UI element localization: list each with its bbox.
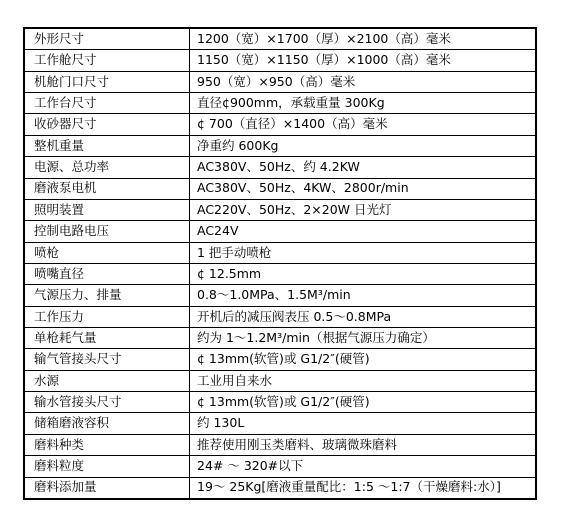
spec-label: 喷枪	[25, 243, 190, 263]
spec-value: 约 130L	[190, 413, 535, 433]
spec-value: 开机后的减压阀表压 0.5～0.8MPa	[190, 307, 535, 327]
table-row: 整机重量 净重约 600Kg	[25, 136, 535, 157]
spec-label: 工作台尺寸	[25, 93, 190, 113]
spec-label: 控制电路电压	[25, 221, 190, 241]
table-row: 单枪耗气量 约为 1～1.2M³/min（根据气源压力确定）	[25, 328, 535, 349]
spec-value: ¢ 13mm(软管)或 G1/2″(硬管)	[190, 349, 535, 369]
spec-label: 输气管接头尺寸	[25, 349, 190, 369]
table-row: 气源压力、排量 0.8～1.0MPa、1.5M³/min	[25, 285, 535, 306]
spec-label: 磨液泵电机	[25, 179, 190, 199]
spec-table: 外形尺寸 1200（宽）×1700（厚）×2100（高）毫米 工作舱尺寸 115…	[23, 27, 537, 500]
spec-label: 工作舱尺寸	[25, 50, 190, 70]
table-row: 磨料种类 推荐使用刚玉类磨料、玻璃微珠磨料	[25, 435, 535, 456]
spec-value: AC380V、50Hz、4KW、2800r/min	[190, 179, 535, 199]
table-row: 水源 工业用自来水	[25, 371, 535, 392]
spec-value: 净重约 600Kg	[190, 136, 535, 156]
spec-label: 电源、总功率	[25, 157, 190, 177]
spec-value: 0.8～1.0MPa、1.5M³/min	[190, 285, 535, 305]
spec-value: ¢ 12.5mm	[190, 264, 535, 284]
spec-label: 气源压力、排量	[25, 285, 190, 305]
spec-value: 推荐使用刚玉类磨料、玻璃微珠磨料	[190, 435, 535, 455]
spec-label: 照明装置	[25, 200, 190, 220]
spec-value: 工业用自来水	[190, 371, 535, 391]
spec-value: 1200（宽）×1700（厚）×2100（高）毫米	[190, 29, 535, 49]
spec-value: 约为 1～1.2M³/min（根据气源压力确定）	[190, 328, 535, 348]
spec-value: 直径¢900mm，承载重量 300Kg	[190, 93, 535, 113]
spec-label: 收砂器尺寸	[25, 114, 190, 134]
table-row: 储箱磨液容积 约 130L	[25, 413, 535, 434]
table-row: 外形尺寸 1200（宽）×1700（厚）×2100（高）毫米	[25, 29, 535, 50]
table-row: 磨液泵电机 AC380V、50Hz、4KW、2800r/min	[25, 179, 535, 200]
spec-label: 磨料添加量	[25, 478, 190, 498]
spec-label: 工作压力	[25, 307, 190, 327]
spec-label: 输水管接头尺寸	[25, 392, 190, 412]
table-row: 输气管接头尺寸 ¢ 13mm(软管)或 G1/2″(硬管)	[25, 349, 535, 370]
table-row: 磨料添加量 19～ 25Kg[磨液重量配比：1:5 ～1:7（干燥磨料:水）]	[25, 478, 535, 498]
spec-value: ¢ 13mm(软管)或 G1/2″(硬管)	[190, 392, 535, 412]
table-row: 喷枪 1 把手动喷枪	[25, 243, 535, 264]
spec-value: AC24V	[190, 221, 535, 241]
spec-value: 1 把手动喷枪	[190, 243, 535, 263]
table-row: 输水管接头尺寸 ¢ 13mm(软管)或 G1/2″(硬管)	[25, 392, 535, 413]
spec-value: 950（宽）×950（高）毫米	[190, 72, 535, 92]
table-row: 磨料粒度 24# ～ 320#以下	[25, 456, 535, 477]
spec-label: 单枪耗气量	[25, 328, 190, 348]
spec-value: ¢ 700（直径）×1400（高）毫米	[190, 114, 535, 134]
spec-label: 机舱门口尺寸	[25, 72, 190, 92]
spec-value: 19～ 25Kg[磨液重量配比：1:5 ～1:7（干燥磨料:水）]	[190, 478, 535, 498]
table-row: 喷嘴直径 ¢ 12.5mm	[25, 264, 535, 285]
table-row: 工作台尺寸 直径¢900mm，承载重量 300Kg	[25, 93, 535, 114]
table-row: 工作舱尺寸 1150（宽）×1150（厚）×1000（高）毫米	[25, 50, 535, 71]
table-row: 机舱门口尺寸 950（宽）×950（高）毫米	[25, 72, 535, 93]
spec-label: 喷嘴直径	[25, 264, 190, 284]
spec-label: 磨料粒度	[25, 456, 190, 476]
table-row: 收砂器尺寸 ¢ 700（直径）×1400（高）毫米	[25, 114, 535, 135]
spec-label: 整机重量	[25, 136, 190, 156]
table-row: 工作压力 开机后的减压阀表压 0.5～0.8MPa	[25, 307, 535, 328]
table-row: 控制电路电压 AC24V	[25, 221, 535, 242]
spec-value: 24# ～ 320#以下	[190, 456, 535, 476]
spec-value: AC220V、50Hz、2×20W 日光灯	[190, 200, 535, 220]
spec-label: 水源	[25, 371, 190, 391]
spec-label: 磨料种类	[25, 435, 190, 455]
spec-label: 外形尺寸	[25, 29, 190, 49]
spec-sheet-page: 外形尺寸 1200（宽）×1700（厚）×2100（高）毫米 工作舱尺寸 115…	[0, 0, 565, 524]
spec-value: 1150（宽）×1150（厚）×1000（高）毫米	[190, 50, 535, 70]
table-row: 电源、总功率 AC380V、50Hz、约 4.2KW	[25, 157, 535, 178]
spec-label: 储箱磨液容积	[25, 413, 190, 433]
table-row: 照明装置 AC220V、50Hz、2×20W 日光灯	[25, 200, 535, 221]
spec-value: AC380V、50Hz、约 4.2KW	[190, 157, 535, 177]
